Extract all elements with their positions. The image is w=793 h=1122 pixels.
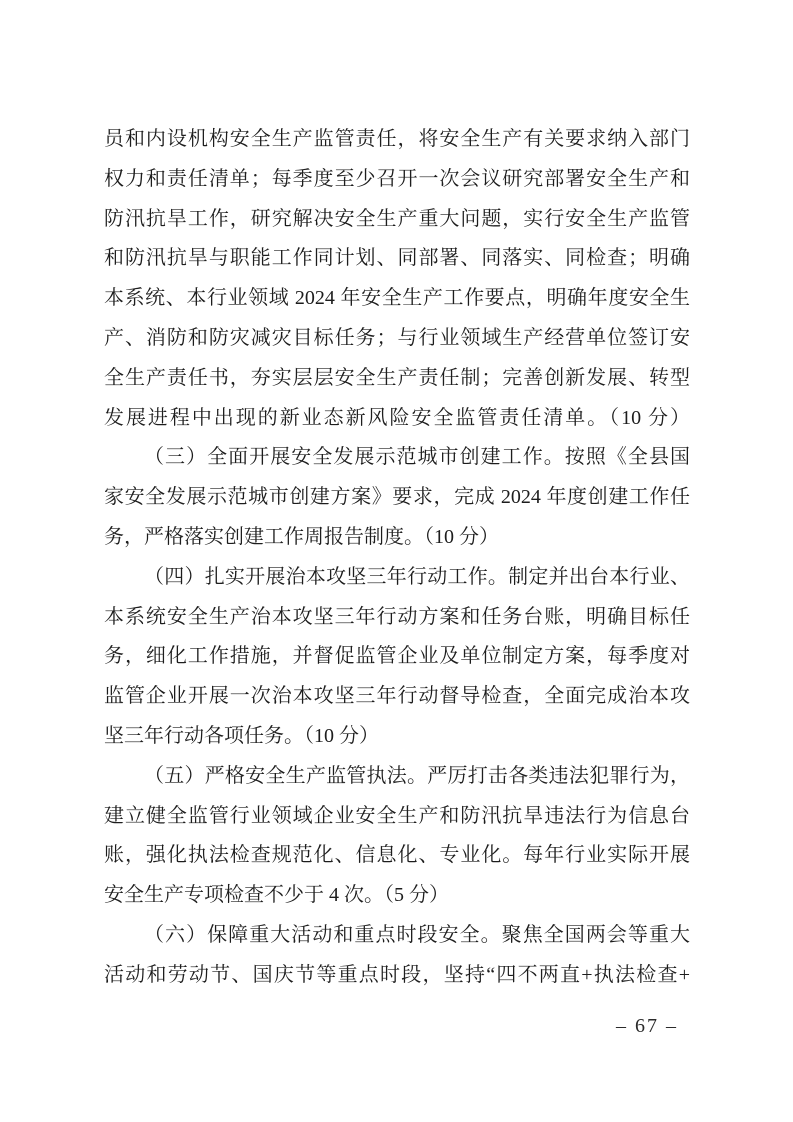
text-line: 和防汛抗旱与职能工作同计划、同部署、同落实、同检查；明确 (104, 239, 690, 279)
paragraph-item-5: （五）严格安全生产监管执法。严厉打击各类违法犯罪行为， 建立健全监管行业领域企业… (104, 757, 690, 916)
paragraph-item-6: （六）保障重大活动和重点时段安全。聚焦全国两会等重大 活动和劳动节、国庆节等重点… (104, 916, 690, 996)
text-line: （六）保障重大活动和重点时段安全。聚焦全国两会等重大 (104, 916, 690, 956)
paragraph-item-4: （四）扎实开展治本攻坚三年行动工作。制定并出台本行业、 本系统安全生产治本攻坚三… (104, 558, 690, 757)
text-line: 发展进程中出现的新业态新风险安全监管责任清单。（10 分） (104, 399, 690, 439)
text-line: 建立健全监管行业领域企业安全生产和防汛抗旱违法行为信息台 (104, 797, 690, 837)
text-line: 员和内设机构安全生产监管责任，将安全生产有关要求纳入部门 (104, 120, 690, 160)
document-body: 员和内设机构安全生产监管责任，将安全生产有关要求纳入部门 权力和责任清单；每季度… (104, 120, 690, 996)
text-line: 本系统安全生产治本攻坚三年行动方案和任务台账，明确目标任 (104, 598, 690, 638)
text-line: 务，严格落实创建工作周报告制度。（10 分） (104, 518, 690, 558)
text-line: 防汛抗旱工作，研究解决安全生产重大问题，实行安全生产监管 (104, 200, 690, 240)
text-line: 权力和责任清单；每季度至少召开一次会议研究部署安全生产和 (104, 160, 690, 200)
text-line: 坚三年行动各项任务。（10 分） (104, 717, 690, 757)
text-line: 账，强化执法检查规范化、信息化、专业化。每年行业实际开展 (104, 836, 690, 876)
text-line: 全生产责任书，夯实层层安全生产责任制；完善创新发展、转型 (104, 359, 690, 399)
paragraph-continuation: 员和内设机构安全生产监管责任，将安全生产有关要求纳入部门 权力和责任清单；每季度… (104, 120, 690, 438)
text-line: 活动和劳动节、国庆节等重点时段，坚持“四不两直+执法检查+ (104, 956, 690, 996)
page-number: – 67 – (603, 1015, 691, 1038)
text-line: 安全生产专项检查不少于 4 次。（5 分） (104, 876, 690, 916)
text-line: 产、消防和防灾减灾目标任务；与行业领域生产经营单位签订安 (104, 319, 690, 359)
text-line: （四）扎实开展治本攻坚三年行动工作。制定并出台本行业、 (104, 558, 690, 598)
text-line: 务，细化工作措施，并督促监管企业及单位制定方案，每季度对 (104, 637, 690, 677)
document-page: 员和内设机构安全生产监管责任，将安全生产有关要求纳入部门 权力和责任清单；每季度… (0, 0, 793, 1122)
text-line: 监管企业开展一次治本攻坚三年行动督导检查，全面完成治本攻 (104, 677, 690, 717)
paragraph-item-3: （三）全面开展安全发展示范城市创建工作。按照《全县国 家安全发展示范城市创建方案… (104, 438, 690, 557)
text-line: （五）严格安全生产监管执法。严厉打击各类违法犯罪行为， (104, 757, 690, 797)
text-line: 家安全发展示范城市创建方案》要求，完成 2024 年度创建工作任 (104, 478, 690, 518)
text-line: 本系统、本行业领域 2024 年安全生产工作要点，明确年度安全生 (104, 279, 690, 319)
text-line: （三）全面开展安全发展示范城市创建工作。按照《全县国 (104, 438, 690, 478)
